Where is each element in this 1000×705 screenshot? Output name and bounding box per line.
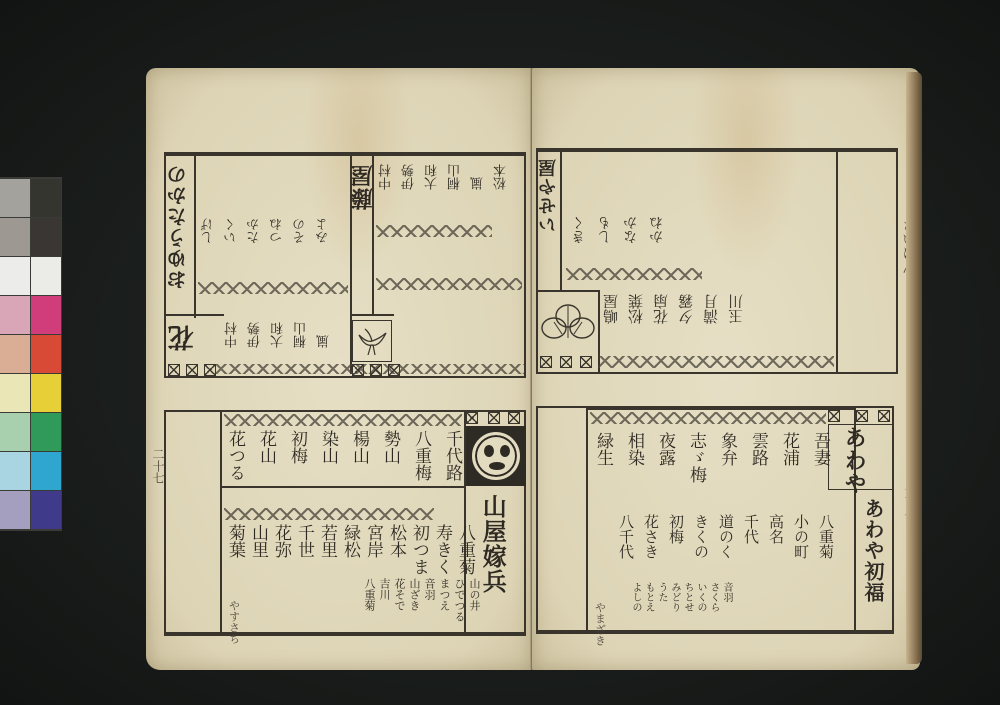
left-small-names: 山の井 ひでつる まつえ 音羽 山ざき 花そで 吉川 八重菊 (364, 578, 480, 622)
color-swatch (31, 179, 61, 217)
color-swatch (31, 374, 61, 412)
right-page: いせや屋 きく しも なか かね 嶋屋 松葉 花扇 夕霧 満月 玉川 あわや (532, 68, 920, 670)
book-fore-edge (906, 72, 922, 664)
color-swatch (0, 413, 30, 451)
color-swatch (0, 257, 30, 295)
left-row1-names: 千代路 八重梅 勢山 楊山 染山 初梅 花山 花つる (226, 430, 460, 481)
left-page: おゆうたかの 花 藤屋 しげ いく たか つね その みよ 中村 伊勢 大和 桐… (146, 68, 532, 670)
right-house-name: あわや初福 (862, 498, 883, 603)
color-calibration-chart (0, 177, 62, 531)
mouth-crest-icon (466, 426, 526, 486)
right-row1-names: 吾妻 花浦 雲路 象弁 志ゞ梅 夜露 相染 緑生 (594, 432, 828, 483)
left-top-lower-names: 中村 伊勢 大和 桐山 嵐 (226, 322, 331, 348)
color-swatch (31, 491, 61, 529)
color-swatch (31, 335, 61, 373)
color-swatch (0, 491, 30, 529)
paulownia-crest-icon (538, 294, 598, 354)
color-swatch (0, 218, 30, 256)
color-swatch (31, 413, 61, 451)
right-row2-names: 八重菊 小の町 高名 千代 道のく きくの 初梅 花さき 八千代 (618, 514, 833, 559)
left-top-right-names: 中村 伊勢 大和 桐山 嵐 松本 (380, 164, 508, 190)
open-book: おゆうたかの 花 藤屋 しげ いく たか つね その みよ 中村 伊勢 大和 桐… (146, 68, 932, 670)
left-page-number: 二十七 (150, 448, 167, 484)
right-footnote: やまざき (594, 602, 606, 646)
color-swatch (0, 374, 30, 412)
left-row2-names: 八重菊 寿きく 初つま 松本 宮岸 緑松 若里 千世 花弥 山里 菊葉 (226, 524, 473, 575)
color-swatch (31, 218, 61, 256)
right-top-lower-names: 嶋屋 松葉 花扇 夕霧 満月 玉川 (604, 294, 744, 324)
color-swatch (31, 296, 61, 334)
left-top-header: おゆうたかの (168, 164, 189, 290)
left-top-upper-names: しげ いく たか つね その みよ (202, 218, 330, 244)
crane-crest-icon (352, 320, 392, 362)
left-top-mid-header: 藤屋 (352, 164, 375, 210)
left-house-name: 山屋嫁兵 (480, 494, 505, 594)
left-top-crest-char: 花 (170, 324, 197, 351)
right-house-tab: あわや (842, 426, 865, 495)
color-swatch (0, 335, 30, 373)
color-swatch (31, 257, 61, 295)
right-top-upper-names: きく しも なか かね (572, 216, 664, 244)
color-swatch (0, 296, 30, 334)
left-footnote: やすさち (228, 600, 240, 644)
right-small-names: 音羽 さくら いくの ちとせ みどり うた もとえ よしの (630, 582, 731, 612)
color-swatch (0, 452, 30, 490)
color-swatch (31, 452, 61, 490)
right-top-header: いせや屋 (540, 158, 559, 234)
color-swatch (0, 179, 30, 217)
